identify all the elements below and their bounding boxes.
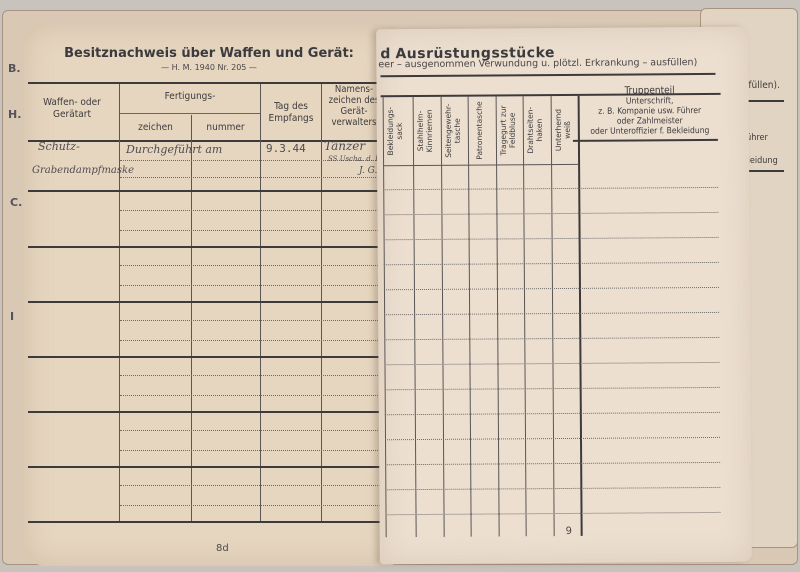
left-page-title: Besitznachweis über Waffen und Gerät:	[24, 46, 394, 61]
entry-production-mark: Durchgeführt am	[126, 143, 222, 156]
right-page: d Ausrüstungsstücke eer – ausgenommen Ve…	[376, 27, 752, 565]
entry-type-line1: Schutz-	[38, 140, 80, 153]
col-header-unit: Truppenteil Unterschrift, z. B. Kompanie…	[580, 85, 720, 137]
entry-signature-line2: SS Uscha. d. R.	[328, 155, 383, 163]
col-header-clothing-bag: Bekleidungs- sack	[387, 100, 404, 162]
edge-letter-h: H.	[8, 108, 21, 121]
col-header-type: Waffen- oder Gerätart	[32, 97, 112, 121]
col-header-date: Tag des Empfangs	[261, 101, 321, 125]
col-header-ammo-pouch: Patronentasche	[476, 100, 485, 162]
col-header-wire-hooks: Drahtseiten- haken	[527, 99, 544, 161]
left-page: Besitznachweis über Waffen und Gerät: — …	[24, 25, 394, 566]
col-header-production-number: nummer	[191, 122, 260, 134]
col-header-bayonet-pouch: Seitengewehr- tasche	[445, 100, 462, 162]
edge-letter-b: B.	[8, 62, 21, 75]
col-header-helmet-strap: Stahlhelm- Kinnriemen	[417, 100, 434, 162]
entry-type-line2: Grabendampfmaske	[32, 165, 134, 176]
col-header-production: Fertigungs-	[120, 91, 260, 103]
right-page-number: 9	[566, 526, 572, 537]
left-page-number: 8d	[216, 543, 229, 554]
entry-date: 9.3.44	[266, 142, 306, 155]
unit-line5: oder Unteroffizier f. Bekleidung	[580, 126, 720, 137]
entry-signature-line3: J. G.	[359, 166, 377, 176]
right-page-subtitle: eer – ausgenommen Verwundung u. plötzl. …	[378, 57, 697, 70]
entry-signature-line1: Tänzer	[324, 139, 365, 153]
edge-letter-c: C.	[10, 196, 22, 209]
col-header-undershirt: Unterhemd weiß	[555, 99, 572, 161]
col-header-tunic-belt: Tragegurt zur Feldbluse	[500, 99, 517, 161]
left-page-subtitle: — H. M. 1940 Nr. 205 —	[24, 63, 394, 72]
col-header-production-mark: zeichen	[120, 122, 191, 134]
edge-letter-i: I	[10, 310, 14, 323]
